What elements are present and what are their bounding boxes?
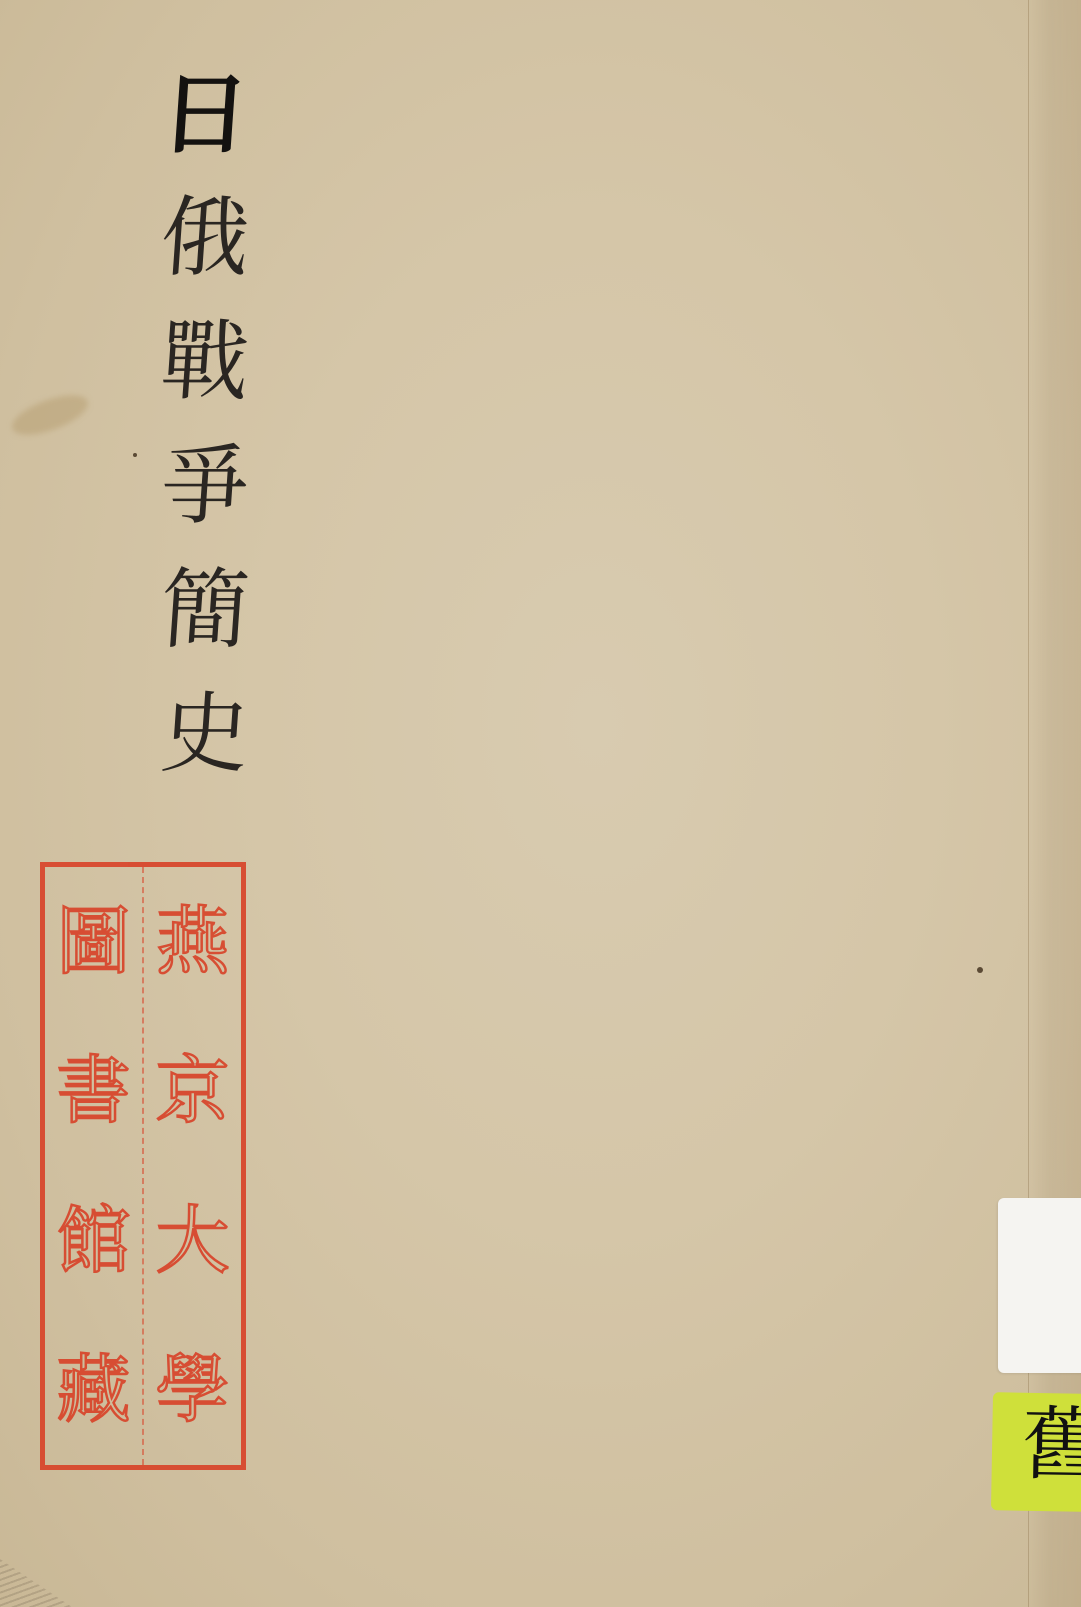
seal-char: 館	[57, 1204, 131, 1278]
seal-char: 大	[156, 1204, 230, 1278]
seal-char: 學	[156, 1353, 230, 1427]
title-char: 爭	[158, 442, 252, 530]
book-cover: 日 俄 戰 爭 簡 史 燕 京 大 學 圖 書 館 藏 舊	[0, 0, 1081, 1607]
yellow-label-text: 舊	[1021, 1405, 1081, 1486]
paper-stain	[7, 387, 92, 443]
worn-corner	[0, 1547, 120, 1607]
title-char: 簡	[158, 566, 252, 654]
seal-column-left: 圖 書 館 藏	[45, 867, 142, 1465]
seal-char: 藏	[57, 1353, 131, 1427]
collector-seal: 燕 京 大 學 圖 書 館 藏	[40, 862, 246, 1470]
paper-speck	[977, 967, 983, 973]
handwritten-title: 日 俄 戰 爭 簡 史	[150, 70, 260, 814]
title-char: 俄	[158, 194, 252, 282]
seal-char: 京	[156, 1054, 230, 1128]
seal-char: 燕	[156, 905, 230, 979]
title-char: 戰	[158, 318, 252, 406]
paper-speck	[133, 453, 137, 457]
white-shelf-label	[998, 1198, 1081, 1373]
seal-column-right: 燕 京 大 學	[142, 867, 241, 1465]
yellow-shelf-label: 舊	[991, 1392, 1081, 1512]
seal-char: 書	[57, 1054, 131, 1128]
title-char: 史	[158, 690, 252, 778]
seal-char: 圖	[57, 905, 131, 979]
title-char: 日	[158, 70, 252, 158]
